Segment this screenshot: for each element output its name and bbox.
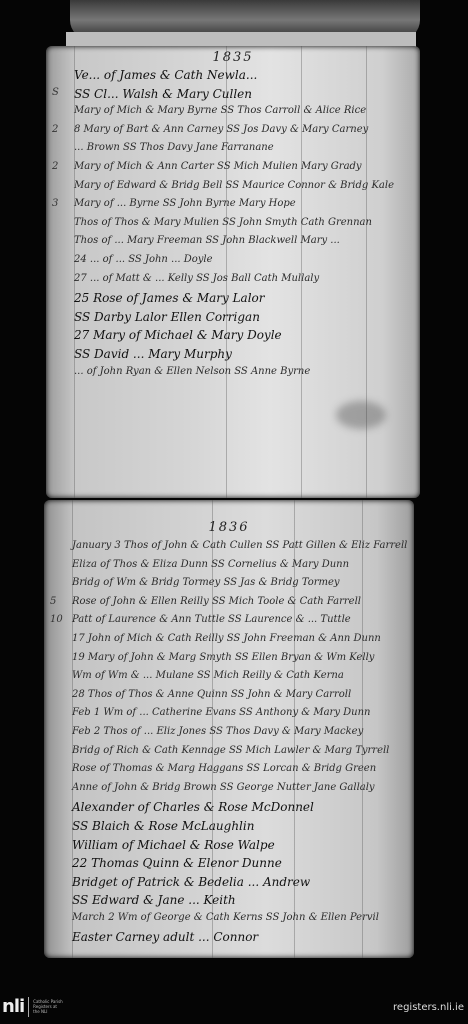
nli-logo[interactable]: nli Catholic Parish Registers at the NLI (2, 996, 63, 1017)
register-entry: Thos of ... Mary Freeman SS John Blackwe… (46, 235, 420, 254)
entry-text: March 2 Wm of George & Cath Kerns SS Joh… (72, 912, 406, 923)
register-entry: Alexander of Charles & Rose McDonnel (44, 800, 414, 819)
register-entry: 19 Mary of John & Marg Smyth SS Ellen Br… (44, 652, 414, 671)
entry-day: S (52, 87, 74, 98)
entry-text: Feb 2 Thos of ... Eliz Jones SS Thos Dav… (72, 726, 406, 737)
register-entry: SS Blaich & Rose McLaughlin (44, 819, 414, 838)
entry-text: 19 Mary of John & Marg Smyth SS Ellen Br… (72, 652, 406, 663)
entry-text: Patt of Laurence & Ann Tuttle SS Laurenc… (72, 614, 406, 625)
entry-day: 2 (52, 124, 74, 135)
entry-text: Easter Carney adult ... Connor (72, 930, 406, 944)
register-page-1836: 1836 January 3 Thos of John & Cath Culle… (44, 500, 414, 958)
register-entry: March 2 Wm of George & Cath Kerns SS Joh… (44, 912, 414, 931)
register-entry: 25 Rose of James & Mary Lalor (46, 291, 420, 310)
entry-text: Thos of ... Mary Freeman SS John Blackwe… (74, 235, 412, 246)
entry-text: 27 ... of Matt & ... Kelly SS Jos Ball C… (74, 273, 412, 284)
entry-text: Eliza of Thos & Eliza Dunn SS Cornelius … (72, 559, 406, 570)
logo-divider (28, 997, 29, 1017)
register-entry: Mary of Edward & Bridg Bell SS Maurice C… (46, 180, 420, 199)
entry-text: 8 Mary of Bart & Ann Carney SS Jos Davy … (74, 124, 412, 135)
register-entry: Bridg of Rich & Cath Kennage SS Mich Law… (44, 745, 414, 764)
entry-text: 24 ... of ... SS John ... Doyle (74, 254, 412, 265)
site-url[interactable]: registers.nli.ie (393, 1002, 464, 1013)
register-entry: Mary of Mich & Mary Byrne SS Thos Carrol… (46, 105, 420, 124)
register-entry: Feb 2 Thos of ... Eliz Jones SS Thos Dav… (44, 726, 414, 745)
entry-text: Mary of Edward & Bridg Bell SS Maurice C… (74, 180, 412, 191)
entry-text: SS David ... Mary Murphy (74, 347, 412, 361)
entry-text: Ve... of James & Cath Newla... (74, 68, 412, 82)
register-entry: Wm of Wm & ... Mulane SS Mich Reilly & C… (44, 670, 414, 689)
register-entry: ... Brown SS Thos Davy Jane Farranane (46, 142, 420, 161)
entry-text: ... of John Ryan & Ellen Nelson SS Anne … (74, 366, 412, 377)
entry-text: Bridg of Rich & Cath Kennage SS Mich Law… (72, 745, 406, 756)
entry-text: Rose of Thomas & Marg Haggans SS Lorcan … (72, 763, 406, 774)
entry-text: Mary of ... Byrne SS John Byrne Mary Hop… (74, 198, 412, 209)
register-entry: 27 ... of Matt & ... Kelly SS Jos Ball C… (46, 273, 420, 292)
entry-text: ... Brown SS Thos Davy Jane Farranane (74, 142, 412, 153)
register-entry: January 3 Thos of John & Cath Cullen SS … (44, 540, 414, 559)
register-entry: SSS Cl... Walsh & Mary Cullen (46, 87, 420, 106)
register-page-1835: 1835 Ve... of James & Cath Newla...SSS C… (46, 46, 420, 498)
entry-text: Rose of John & Ellen Reilly SS Mich Tool… (72, 596, 406, 607)
register-entry: 22 Thomas Quinn & Elenor Dunne (44, 856, 414, 875)
register-entry: 27 Mary of Michael & Mary Doyle (46, 328, 420, 347)
entry-text: Feb 1 Wm of ... Catherine Evans SS Antho… (72, 707, 406, 718)
year-heading-1836: 1836 (44, 520, 414, 535)
register-entry: Feb 1 Wm of ... Catherine Evans SS Antho… (44, 707, 414, 726)
entry-text: SS Darby Lalor Ellen Corrigan (74, 310, 412, 324)
register-entry: Bridget of Patrick & Bedelia ... Andrew (44, 875, 414, 894)
register-entry: Eliza of Thos & Eliza Dunn SS Cornelius … (44, 559, 414, 578)
register-entry: 5Rose of John & Ellen Reilly SS Mich Too… (44, 596, 414, 615)
register-entry: 3Mary of ... Byrne SS John Byrne Mary Ho… (46, 198, 420, 217)
entry-text: SS Cl... Walsh & Mary Cullen (74, 87, 412, 101)
entry-text: 25 Rose of James & Mary Lalor (74, 291, 412, 305)
entry-text: Mary of Mich & Mary Byrne SS Thos Carrol… (74, 105, 412, 116)
entry-text: Bridg of Wm & Bridg Tormey SS Jas & Brid… (72, 577, 406, 588)
register-entry: SS David ... Mary Murphy (46, 347, 420, 366)
stain (336, 401, 386, 429)
register-entry: SS Edward & Jane ... Keith (44, 893, 414, 912)
entry-text: Alexander of Charles & Rose McDonnel (72, 800, 406, 814)
register-entry: Rose of Thomas & Marg Haggans SS Lorcan … (44, 763, 414, 782)
entry-text: SS Blaich & Rose McLaughlin (72, 819, 406, 833)
register-entry: Anne of John & Bridg Brown SS George Nut… (44, 782, 414, 801)
register-entry: ... of John Ryan & Ellen Nelson SS Anne … (46, 366, 420, 385)
year-heading-1835: 1835 (46, 50, 420, 65)
register-entry: William of Michael & Rose Walpe (44, 838, 414, 857)
entry-text: SS Edward & Jane ... Keith (72, 893, 406, 907)
entry-text: 17 John of Mich & Cath Reilly SS John Fr… (72, 633, 406, 644)
entry-text: Anne of John & Bridg Brown SS George Nut… (72, 782, 406, 793)
entry-day: 5 (50, 596, 72, 607)
register-entry: Ve... of James & Cath Newla... (46, 68, 420, 87)
register-entry: 28 Thos of Thos & Anne Quinn SS John & M… (44, 689, 414, 708)
entry-text: Wm of Wm & ... Mulane SS Mich Reilly & C… (72, 670, 406, 681)
register-entry: 17 John of Mich & Cath Reilly SS John Fr… (44, 633, 414, 652)
register-entry: Bridg of Wm & Bridg Tormey SS Jas & Brid… (44, 577, 414, 596)
entry-text: January 3 Thos of John & Cath Cullen SS … (72, 540, 406, 551)
entry-text: 22 Thomas Quinn & Elenor Dunne (72, 856, 406, 870)
register-entry: Easter Carney adult ... Connor (44, 930, 414, 949)
logo-mark: nli (2, 996, 24, 1017)
entry-text: 28 Thos of Thos & Anne Quinn SS John & M… (72, 689, 406, 700)
entries-1835: Ve... of James & Cath Newla...SSS Cl... … (46, 68, 420, 384)
entry-text: 27 Mary of Michael & Mary Doyle (74, 328, 412, 342)
register-entry: 10Patt of Laurence & Ann Tuttle SS Laure… (44, 614, 414, 633)
entry-day: 2 (52, 161, 74, 172)
register-entry: SS Darby Lalor Ellen Corrigan (46, 310, 420, 329)
entry-day: 10 (50, 614, 72, 625)
entry-text: Bridget of Patrick & Bedelia ... Andrew (72, 875, 406, 889)
footer: nli Catholic Parish Registers at the NLI… (0, 988, 468, 1024)
register-entry: 28 Mary of Bart & Ann Carney SS Jos Davy… (46, 124, 420, 143)
logo-text: Catholic Parish Registers at the NLI (33, 999, 63, 1014)
register-entry: 24 ... of ... SS John ... Doyle (46, 254, 420, 273)
entry-text: Thos of Thos & Mary Mulien SS John Smyth… (74, 217, 412, 228)
register-entry: 2Mary of Mich & Ann Carter SS Mich Mulie… (46, 161, 420, 180)
register-entry: Thos of Thos & Mary Mulien SS John Smyth… (46, 217, 420, 236)
entry-text: Mary of Mich & Ann Carter SS Mich Mulien… (74, 161, 412, 172)
entries-1836: January 3 Thos of John & Cath Cullen SS … (44, 540, 414, 949)
entry-day: 3 (52, 198, 74, 209)
entry-text: William of Michael & Rose Walpe (72, 838, 406, 852)
